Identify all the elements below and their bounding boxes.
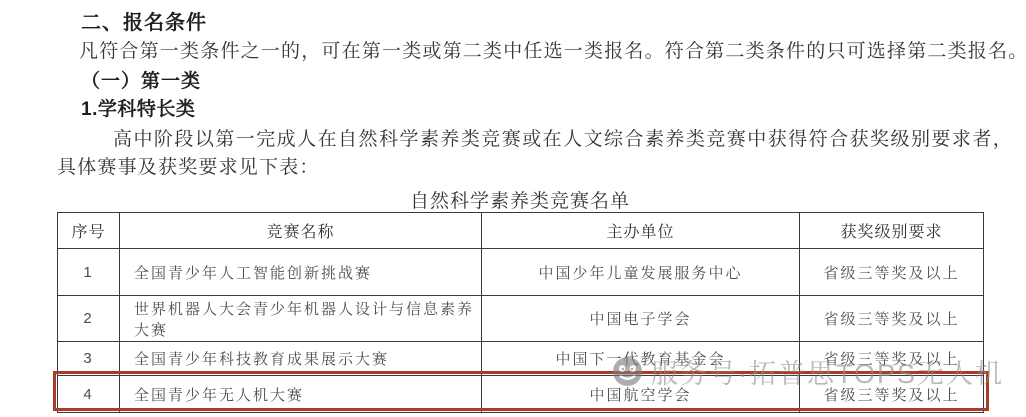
watermark-text: 服务号·拓普思TOPS无人机 (651, 352, 1004, 391)
serial-number-cell: 3 (58, 342, 120, 376)
intro-paragraph: 凡符合第一类条件之一的，可在第一类或第二类中任选一类报名。符合第二类条件的只可选… (79, 36, 1019, 63)
competition-name-cell: 全国青少年人工智能创新挑战赛 (120, 249, 482, 296)
serial-number-cell: 2 (58, 296, 120, 342)
header-competition-name: 竞赛名称 (120, 213, 482, 249)
competition-name-cell: 世界机器人大会青少年机器人设计与信息素养大赛 (120, 296, 482, 342)
table-row: 1 全国青少年人工智能创新挑战赛 中国少年儿童发展服务中心 省级三等奖及以上 (58, 249, 984, 296)
header-award-level: 获奖级别要求 (800, 213, 984, 249)
table-row: 2 世界机器人大会青少年机器人设计与信息素养大赛 中国电子学会 省级三等奖及以上 (58, 296, 984, 342)
category-heading: 1.学科特长类 (81, 94, 195, 121)
award-level-cell: 省级三等奖及以上 (800, 249, 984, 296)
table-title: 自然科学素养类竞赛名单 (57, 186, 983, 213)
serial-number-cell: 4 (58, 376, 120, 413)
document-page: 二、报名条件 凡符合第一类条件之一的，可在第一类或第二类中任选一类报名。符合第二… (0, 0, 1026, 417)
header-organizer: 主办单位 (482, 213, 800, 249)
organizer-cell: 中国电子学会 (482, 296, 800, 342)
wechat-service-account-icon (612, 356, 643, 387)
award-level-cell: 省级三等奖及以上 (800, 296, 984, 342)
competition-name-cell: 全国青少年科技教育成果展示大赛 (120, 342, 482, 376)
requirement-paragraph: 高中阶段以第一完成人在自然科学素养类竞赛或在人文综合素养类竞赛中获得符合获奖级别… (57, 126, 1013, 182)
competition-name-cell: 全国青少年无人机大赛 (120, 376, 482, 413)
table-header-row: 序号 竞赛名称 主办单位 获奖级别要求 (58, 213, 984, 249)
serial-number-cell: 1 (58, 249, 120, 296)
section-heading: 二、报名条件 (81, 6, 207, 35)
subsection-heading: （一）第一类 (81, 66, 201, 93)
header-serial-number: 序号 (58, 213, 120, 249)
organizer-cell: 中国少年儿童发展服务中心 (482, 249, 800, 296)
watermark: 服务号·拓普思TOPS无人机 (612, 352, 1004, 390)
